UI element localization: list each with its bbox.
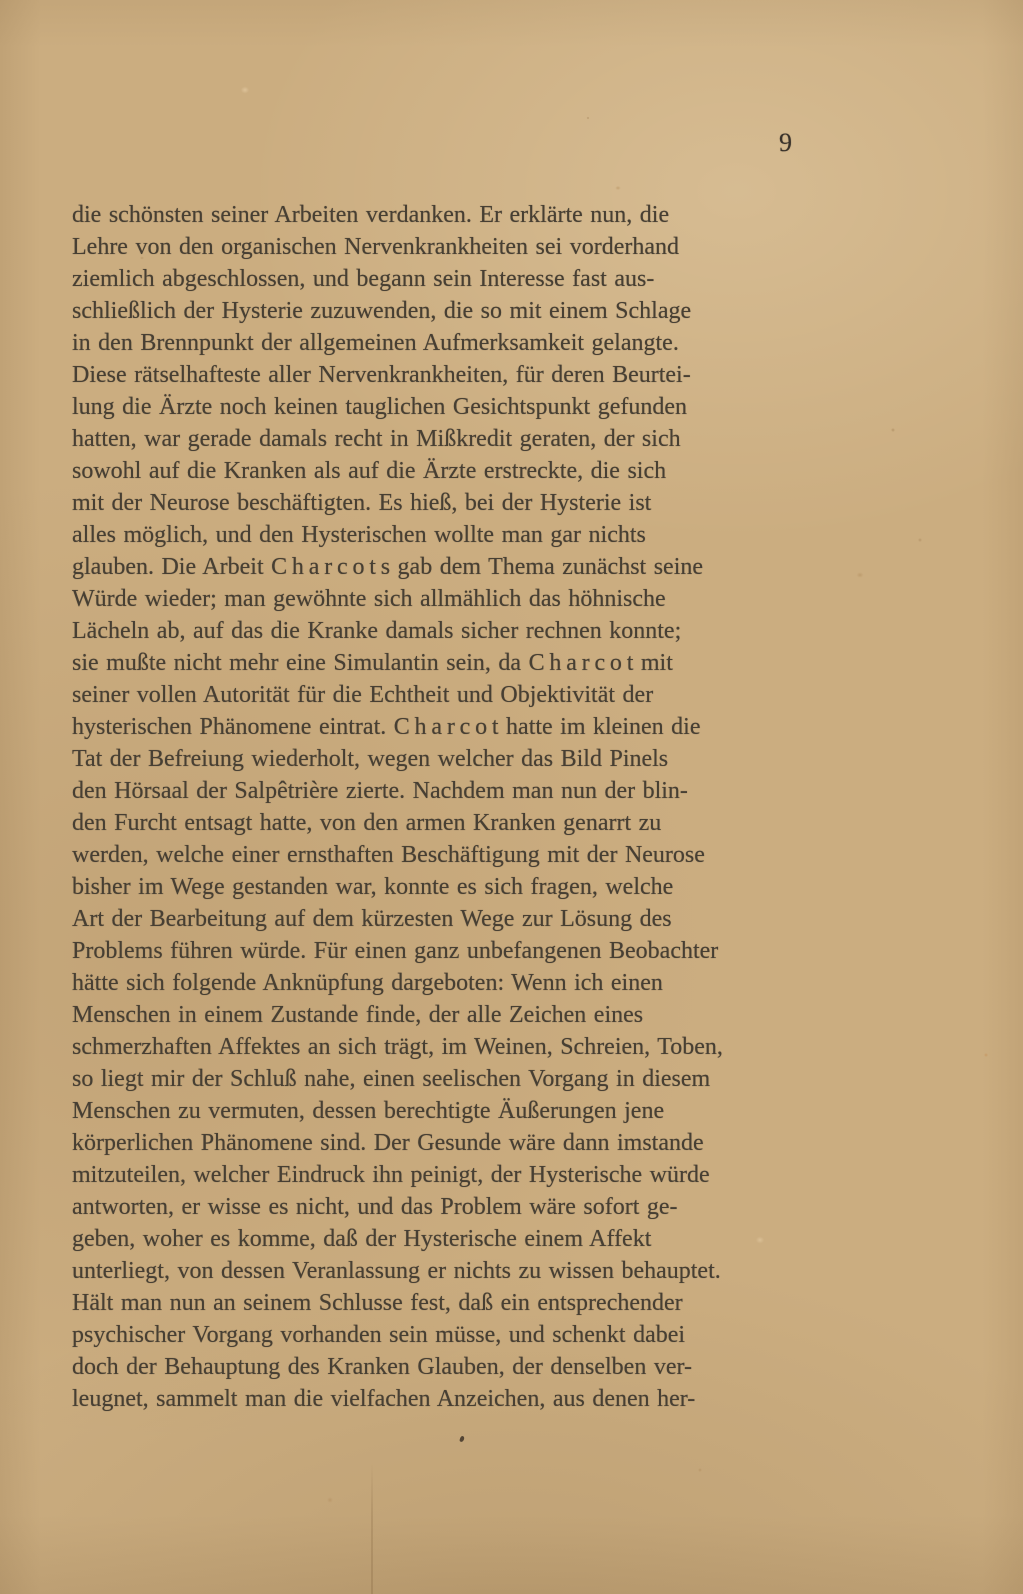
text-line: glauben. Die Arbeit C h a r c o t s gab … bbox=[72, 551, 809, 583]
text-line: die schönsten seiner Arbeiten verdanken.… bbox=[72, 199, 809, 231]
text-line: sie mußte nicht mehr eine Simulantin sei… bbox=[72, 647, 809, 679]
text-line: sowohl auf die Kranken als auf die Ärzte… bbox=[72, 455, 809, 487]
text-line: lung die Ärzte noch keinen tauglichen Ge… bbox=[72, 391, 809, 423]
text-line: hatten, war gerade damals recht in Mißkr… bbox=[72, 423, 809, 455]
text-line: hysterischen Phänomene eintrat. C h a r … bbox=[72, 711, 809, 743]
text-line: Art der Bearbeitung auf dem kürzesten We… bbox=[72, 903, 809, 935]
text-line: unterliegt, von dessen Veranlassung er n… bbox=[72, 1255, 809, 1287]
text-line: schließlich der Hysterie zuzuwenden, die… bbox=[72, 295, 809, 327]
text-line: schmerzhaften Affektes an sich trägt, im… bbox=[72, 1031, 809, 1063]
text-line: mitzuteilen, welcher Eindruck ihn peinig… bbox=[72, 1159, 809, 1191]
text-line: geben, woher es komme, daß der Hysterisc… bbox=[72, 1223, 809, 1255]
text-line: alles möglich, und den Hysterischen woll… bbox=[72, 519, 809, 551]
text-line: hätte sich folgende Anknüpfung dargebote… bbox=[72, 967, 809, 999]
text-line: körperlichen Phänomene sind. Der Gesunde… bbox=[72, 1127, 809, 1159]
ink-speck bbox=[459, 1436, 465, 1443]
text-line: Menschen in einem Zustande finde, der al… bbox=[72, 999, 809, 1031]
text-line: den Hörsaal der Salpêtrière zierte. Nach… bbox=[72, 775, 809, 807]
text-line: Lächeln ab, auf das die Kranke damals si… bbox=[72, 615, 809, 647]
text-line: psychischer Vorgang vorhanden sein müsse… bbox=[72, 1319, 809, 1351]
book-page: 9 die schönsten seiner Arbeiten verdanke… bbox=[0, 0, 1023, 1594]
text-line: so liegt mir der Schluß nahe, einen seel… bbox=[72, 1063, 809, 1095]
text-line: antworten, er wisse es nicht, und das Pr… bbox=[72, 1191, 809, 1223]
text-line: in den Brennpunkt der allgemeinen Aufmer… bbox=[72, 327, 809, 359]
text-line: ziemlich abgeschlossen, und begann sein … bbox=[72, 263, 809, 295]
text-line: Hält man nun an seinem Schlusse fest, da… bbox=[72, 1287, 809, 1319]
text-line: Würde wieder; man gewöhnte sich allmähli… bbox=[72, 583, 809, 615]
body-text: die schönsten seiner Arbeiten verdanken.… bbox=[72, 199, 809, 1415]
text-line: Problems führen würde. Für einen ganz un… bbox=[72, 935, 809, 967]
paper-crease bbox=[371, 1462, 373, 1594]
text-line: leugnet, sammelt man die vielfachen Anze… bbox=[72, 1383, 809, 1415]
text-line: Menschen zu vermuten, dessen berechtigte… bbox=[72, 1095, 809, 1127]
page-number: 9 bbox=[779, 128, 793, 158]
text-line: seiner vollen Autorität für die Echtheit… bbox=[72, 679, 809, 711]
text-line: Tat der Befreiung wiederholt, wegen welc… bbox=[72, 743, 809, 775]
text-line: werden, welche einer ernsthaften Beschäf… bbox=[72, 839, 809, 871]
text-line: den Furcht entsagt hatte, von den armen … bbox=[72, 807, 809, 839]
text-line: mit der Neurose beschäftigten. Es hieß, … bbox=[72, 487, 809, 519]
text-line: bisher im Wege gestanden war, konnte es … bbox=[72, 871, 809, 903]
text-line: Lehre von den organischen Nervenkrankhei… bbox=[72, 231, 809, 263]
text-line: doch der Behauptung des Kranken Glauben,… bbox=[72, 1351, 809, 1383]
text-line: Diese rätselhafteste aller Nervenkrankhe… bbox=[72, 359, 809, 391]
